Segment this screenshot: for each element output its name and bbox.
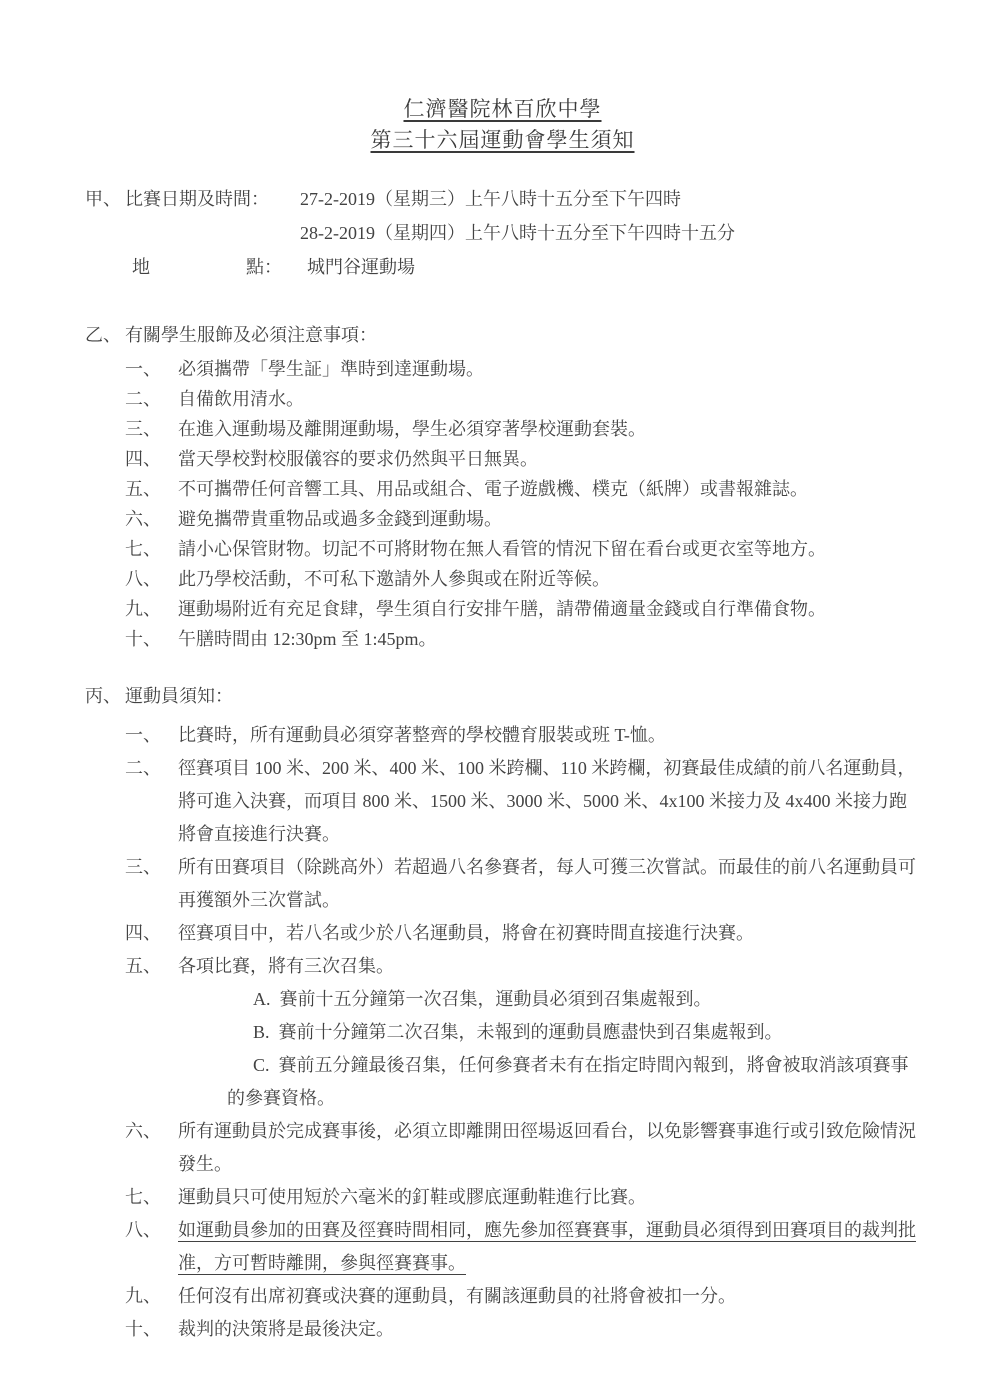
location-label: 地 點： — [125, 250, 282, 284]
list-item: 十、 午膳時間由 12:30pm 至 1:45pm。 — [125, 624, 920, 654]
sub-item-text: 賽前十分鐘第二次召集，未報到的運動員應盡快到召集處報到。 — [279, 1022, 783, 1042]
item-text: 徑賽項目 100 米、200 米、400 米、100 米跨欄、110 米跨欄，初… — [178, 752, 920, 851]
sub-item-text: 賽前五分鐘最後召集，任何參賽者未有在指定時間內報到，將會被取消該項賽事的參賽資格… — [227, 1055, 909, 1108]
section-c: 丙、 運動員須知： 一、 比賽時，所有運動員必須穿著整齊的學校體育服裝或班 T-… — [85, 680, 920, 1346]
item-text: 午膳時間由 12:30pm 至 1:45pm。 — [178, 624, 920, 654]
sub-item: B.賽前十分鐘第二次召集，未報到的運動員應盡快到召集處報到。 — [227, 1016, 920, 1049]
item-marker: 五、 — [125, 950, 178, 1115]
list-item: 一、 必須攜帶「學生証」準時到達運動場。 — [125, 354, 920, 384]
item-text: 不可攜帶任何音響工具、用品或組合、電子遊戲機、樸克（紙牌）或書報雜誌。 — [178, 474, 920, 504]
item-text: 必須攜帶「學生証」準時到達運動場。 — [178, 354, 920, 384]
location-row-indent — [85, 250, 125, 284]
list-item: 六、 避免攜帶貴重物品或過多金錢到運動場。 — [125, 504, 920, 534]
item-text: 請小心保管財物。切記不可將財物在無人看管的情況下留在看台或更衣室等地方。 — [178, 534, 920, 564]
item-marker: 六、 — [125, 1115, 178, 1181]
item-text-underlined: 如運動員參加的田賽及徑賽時間相同，應先參加徑賽賽事，運動員必須得到田賽項目的裁判… — [178, 1214, 920, 1280]
item-text: 避免攜帶貴重物品或過多金錢到運動場。 — [178, 504, 920, 534]
location-row: 地 點： 城門谷運動場 — [85, 250, 920, 284]
section-b-head: 乙、 有關學生服飾及必須注意事項： — [85, 320, 920, 350]
date-row-2-indent — [85, 216, 300, 250]
item-marker: 九、 — [125, 594, 178, 624]
section-c-label: 丙、 — [85, 680, 125, 713]
list-item: 七、 請小心保管財物。切記不可將財物在無人看管的情況下留在看台或更衣室等地方。 — [125, 534, 920, 564]
item-text: 在進入運動場及離開運動場，學生必須穿著學校運動套裝。 — [178, 414, 920, 444]
school-name-text: 仁濟醫院林百欣中學 — [404, 97, 602, 121]
sub-item: A.賽前十五分鐘第一次召集，運動員必須到召集處報到。 — [227, 983, 920, 1016]
roll-call-sublist: A.賽前十五分鐘第一次召集，運動員必須到召集處報到。 B.賽前十分鐘第二次召集，… — [227, 983, 920, 1115]
item-text: 所有田賽項目（除跳高外）若超過八名參賽者，每人可獲三次嘗試。而最佳的前八名運動員… — [178, 851, 920, 917]
item-marker: 七、 — [125, 534, 178, 564]
sub-item-text: 賽前十五分鐘第一次召集，運動員必須到召集處報到。 — [280, 989, 712, 1009]
document-title-text: 第三十六屆運動會學生須知 — [371, 128, 635, 152]
section-b: 乙、 有關學生服飾及必須注意事項： 一、 必須攜帶「學生証」準時到達運動場。 二… — [85, 320, 920, 654]
item-marker: 三、 — [125, 851, 178, 917]
item-marker: 四、 — [125, 444, 178, 474]
item-marker: 六、 — [125, 504, 178, 534]
item-marker: 七、 — [125, 1181, 178, 1214]
sub-item-marker: C. — [253, 1055, 270, 1075]
list-item: 二、 自備飲用清水。 — [125, 384, 920, 414]
item-text: 自備飲用清水。 — [178, 384, 920, 414]
location-label-right: 點： — [246, 250, 282, 284]
location-label-left: 地 — [132, 250, 150, 284]
list-item: 六、 所有運動員於完成賽事後，必須立即離開田徑場返回看台，以免影響賽事進行或引致… — [125, 1115, 920, 1181]
item-text-intro: 各項比賽，將有三次召集。 — [178, 956, 394, 976]
sub-item-marker: B. — [253, 1022, 270, 1042]
item-text: 任何沒有出席初賽或決賽的運動員，有關該運動員的社將會被扣一分。 — [178, 1280, 920, 1313]
item-text: 運動員只可使用短於六毫米的釘鞋或膠底運動鞋進行比賽。 — [178, 1181, 920, 1214]
list-item: 九、 運動場附近有充足食肆，學生須自行安排午膳，請帶備適量金錢或自行準備食物。 — [125, 594, 920, 624]
item-text: 所有運動員於完成賽事後，必須立即離開田徑場返回看台，以免影響賽事進行或引致危險情… — [178, 1115, 920, 1181]
section-a-heading: 比賽日期及時間： — [125, 182, 300, 216]
item-text: 此乃學校活動，不可私下邀請外人參與或在附近等候。 — [178, 564, 920, 594]
date-row-2: 28-2-2019（星期四）上午八時十五分至下午四時十五分 — [85, 216, 920, 250]
item-text: 當天學校對校服儀容的要求仍然與平日無異。 — [178, 444, 920, 474]
school-name: 仁濟醫院林百欣中學 — [85, 94, 920, 125]
item-marker: 二、 — [125, 752, 178, 851]
item-marker: 十、 — [125, 624, 178, 654]
section-c-head: 丙、 運動員須知： — [85, 680, 920, 713]
date-value-2: 28-2-2019（星期四）上午八時十五分至下午四時十五分 — [300, 216, 920, 250]
item-text: 徑賽項目中，若八名或少於八名運動員，將會在初賽時間直接進行決賽。 — [178, 917, 920, 950]
list-item: 三、 在進入運動場及離開運動場，學生必須穿著學校運動套裝。 — [125, 414, 920, 444]
list-item: 五、 各項比賽，將有三次召集。 A.賽前十五分鐘第一次召集，運動員必須到召集處報… — [125, 950, 920, 1115]
item-marker: 一、 — [125, 354, 178, 384]
item-marker: 十、 — [125, 1313, 178, 1346]
item-marker: 五、 — [125, 474, 178, 504]
item-marker: 八、 — [125, 564, 178, 594]
title-block: 仁濟醫院林百欣中學 第三十六屆運動會學生須知 — [85, 94, 920, 156]
list-item: 九、 任何沒有出席初賽或決賽的運動員，有關該運動員的社將會被扣一分。 — [125, 1280, 920, 1313]
item-marker: 四、 — [125, 917, 178, 950]
section-c-list: 一、 比賽時，所有運動員必須穿著整齊的學校體育服裝或班 T-恤。 二、 徑賽項目… — [85, 719, 920, 1346]
section-a-label: 甲、 — [85, 182, 125, 216]
date-row-1: 甲、 比賽日期及時間： 27-2-2019（星期三）上午八時十五分至下午四時 — [85, 182, 920, 216]
list-item: 五、 不可攜帶任何音響工具、用品或組合、電子遊戲機、樸克（紙牌）或書報雜誌。 — [125, 474, 920, 504]
list-item: 十、 裁判的決策將是最後決定。 — [125, 1313, 920, 1346]
section-b-list: 一、 必須攜帶「學生証」準時到達運動場。 二、 自備飲用清水。 三、 在進入運動… — [85, 354, 920, 654]
item-marker: 一、 — [125, 719, 178, 752]
list-item: 八、 此乃學校活動，不可私下邀請外人參與或在附近等候。 — [125, 564, 920, 594]
item-text: 運動場附近有充足食肆，學生須自行安排午膳，請帶備適量金錢或自行準備食物。 — [178, 594, 920, 624]
section-b-heading: 有關學生服飾及必須注意事項： — [125, 320, 377, 350]
section-b-label: 乙、 — [85, 320, 125, 350]
list-item: 三、 所有田賽項目（除跳高外）若超過八名參賽者，每人可獲三次嘗試。而最佳的前八名… — [125, 851, 920, 917]
item-text: 比賽時，所有運動員必須穿著整齊的學校體育服裝或班 T-恤。 — [178, 719, 920, 752]
list-item: 二、 徑賽項目 100 米、200 米、400 米、100 米跨欄、110 米跨… — [125, 752, 920, 851]
list-item: 四、 徑賽項目中，若八名或少於八名運動員，將會在初賽時間直接進行決賽。 — [125, 917, 920, 950]
item-marker: 九、 — [125, 1280, 178, 1313]
document-title: 第三十六屆運動會學生須知 — [85, 125, 920, 156]
list-item: 八、 如運動員參加的田賽及徑賽時間相同，應先參加徑賽賽事，運動員必須得到田賽項目… — [125, 1214, 920, 1280]
date-value-1: 27-2-2019（星期三）上午八時十五分至下午四時 — [300, 182, 920, 216]
list-item: 七、 運動員只可使用短於六毫米的釘鞋或膠底運動鞋進行比賽。 — [125, 1181, 920, 1214]
section-c-heading: 運動員須知： — [125, 680, 233, 713]
sub-item-marker: A. — [253, 989, 271, 1009]
item-text: 各項比賽，將有三次召集。 A.賽前十五分鐘第一次召集，運動員必須到召集處報到。 … — [178, 950, 920, 1115]
section-a: 甲、 比賽日期及時間： 27-2-2019（星期三）上午八時十五分至下午四時 2… — [85, 182, 920, 284]
item-marker: 三、 — [125, 414, 178, 444]
list-item: 四、 當天學校對校服儀容的要求仍然與平日無異。 — [125, 444, 920, 474]
sub-item: C.賽前五分鐘最後召集，任何參賽者未有在指定時間內報到，將會被取消該項賽事的參賽… — [227, 1049, 920, 1115]
location-value: 城門谷運動場 — [307, 250, 920, 284]
item-text: 裁判的決策將是最後決定。 — [178, 1313, 920, 1346]
list-item: 一、 比賽時，所有運動員必須穿著整齊的學校體育服裝或班 T-恤。 — [125, 719, 920, 752]
document-page: 仁濟醫院林百欣中學 第三十六屆運動會學生須知 甲、 比賽日期及時間： 27-2-… — [0, 0, 988, 1398]
item-marker: 二、 — [125, 384, 178, 414]
item-marker: 八、 — [125, 1214, 178, 1280]
